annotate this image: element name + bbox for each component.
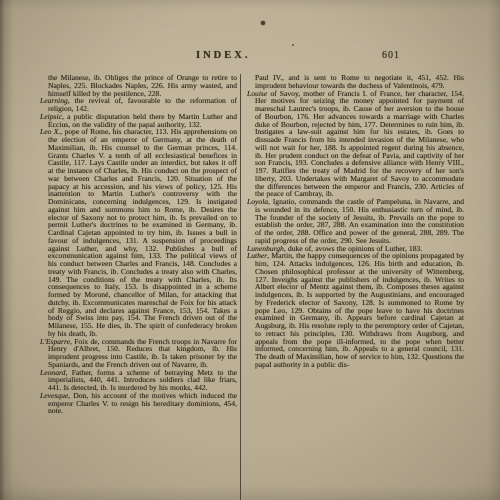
index-entry: Levesque, Don, his account of the motive… <box>40 392 237 415</box>
index-column-left: the Milanese, ib. Obliges the prince of … <box>40 74 237 500</box>
index-entry-headword: L'Esparre <box>40 337 70 346</box>
index-entry-headword: Luther <box>247 251 267 260</box>
index-entry: Leonard, Father, forms a scheme of betra… <box>40 369 237 392</box>
ink-speck <box>292 44 294 46</box>
index-entry-headword: Learning <box>40 96 68 105</box>
page-title: INDEX. <box>196 50 250 61</box>
index-entry-headword: Levesque <box>40 391 68 400</box>
index-entry: the Milanese, ib. Obliges the prince of … <box>40 74 237 97</box>
index-entry: Luther, Martin, the happy consequences o… <box>247 252 464 368</box>
index-entry: Paul IV., and is sent to Rome to negotia… <box>247 74 464 90</box>
book-page: INDEX. 601 the Milanese, ib. Obliges the… <box>0 0 500 500</box>
index-entry-headword: Louise <box>247 89 267 98</box>
index-entry: Louise of Savoy, mother of Francis I. of… <box>247 90 464 199</box>
index-entry: Learning, the revival of, favourable to … <box>40 97 237 113</box>
index-entry-headword: Leipsic <box>40 112 62 121</box>
index-entry-headword: Leo X. <box>40 127 60 136</box>
index-entry-headword: Leonard <box>40 368 65 377</box>
index-column-right: Paul IV., and is sent to Rome to negotia… <box>247 74 464 500</box>
index-entry: Loyola, Ignatio, commands the castle of … <box>247 198 464 245</box>
index-columns: the Milanese, ib. Obliges the prince of … <box>40 74 464 500</box>
page-number: 601 <box>382 50 400 61</box>
column-divider-rule <box>240 74 241 500</box>
index-entry: L'Esparre, Foix de, commands the French … <box>40 338 237 369</box>
index-entry-headword: Loyola <box>247 197 268 206</box>
index-entry: Leipsic, a public disputation held there… <box>40 113 237 129</box>
index-entry: Leo X., pope of Rome, his character, 113… <box>40 128 237 337</box>
ink-speck <box>261 21 265 25</box>
